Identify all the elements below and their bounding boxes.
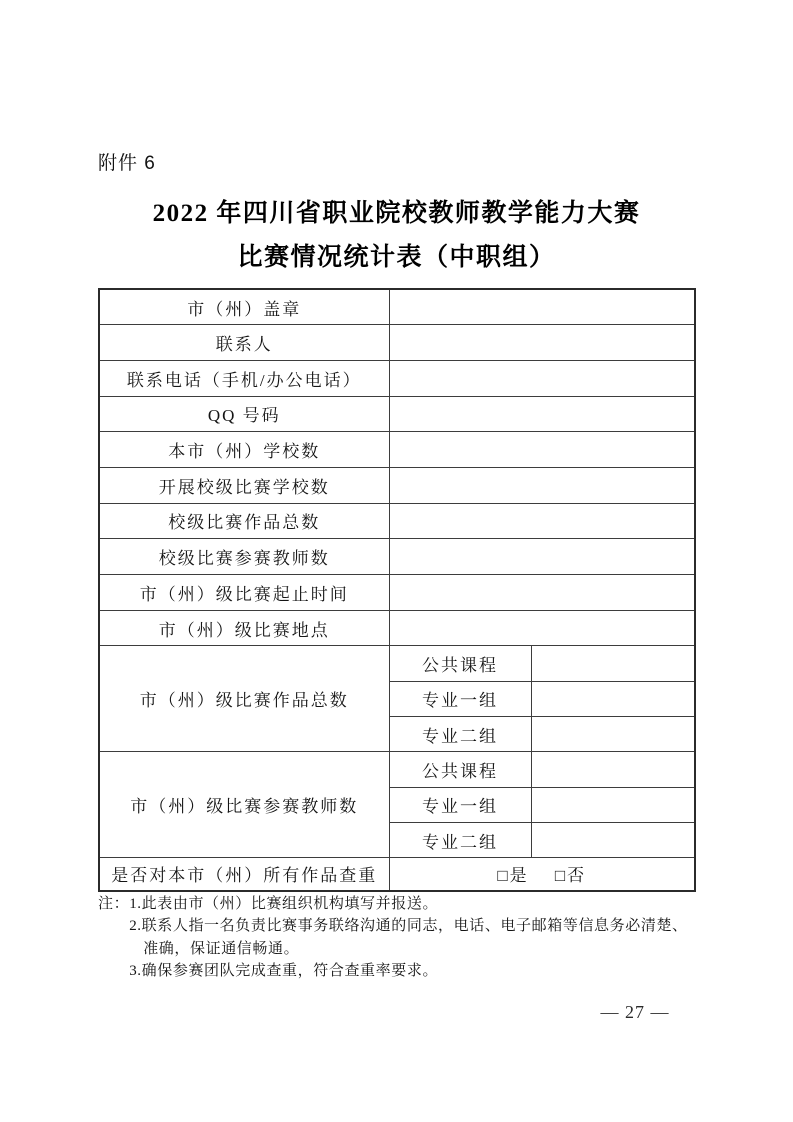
row-value-cell[interactable] [389, 575, 695, 611]
document-title: 2022 年四川省职业院校教师教学能力大赛 比赛情况统计表（中职组） [0, 192, 793, 280]
sub-row-value-cell[interactable] [531, 681, 695, 716]
note-item-3: 3.确保参赛团队完成查重，符合查重率要求。 [129, 960, 695, 982]
row-label: 本市（州）学校数 [99, 432, 389, 468]
table-row: 市（州）级比赛起止时间 [99, 575, 695, 611]
note-item-1: 1.此表由市（州）比赛组织机构填写并报送。 [129, 893, 695, 915]
row-value-cell[interactable] [389, 360, 695, 396]
table-row: 本市（州）学校数 [99, 432, 695, 468]
stats-table: 市（州）盖章 联系人 联系电话（手机/办公电话） QQ 号码 本市（州）学校数 … [98, 288, 696, 892]
group-row-label: 市（州）级比赛作品总数 [99, 646, 389, 752]
table-row: 市（州）盖章 [99, 289, 695, 325]
row-value-cell[interactable] [389, 503, 695, 539]
sub-row-value-cell[interactable] [531, 716, 695, 751]
note-item-2: 2.联系人指一名负责比赛事务联络沟通的同志，电话、电子邮箱等信息务必清楚、准确，… [129, 915, 695, 960]
row-label: 市（州）级比赛起止时间 [99, 575, 389, 611]
notes-section: 注： 1.此表由市（州）比赛组织机构填写并报送。 2.联系人指一名负责比赛事务联… [98, 893, 698, 982]
table-row: 联系电话（手机/办公电话） [99, 360, 695, 396]
row-value-cell[interactable] [389, 396, 695, 432]
table-row-group-works: 市（州）级比赛作品总数 公共课程 [99, 646, 695, 681]
row-label: 市（州）级比赛地点 [99, 610, 389, 646]
row-value-cell[interactable] [389, 432, 695, 468]
sub-row-value-cell[interactable] [531, 822, 695, 857]
table-row: 校级比赛参赛教师数 [99, 539, 695, 575]
table-row-duplicate-check: 是否对本市（州）所有作品查重 □是 □否 [99, 858, 695, 891]
title-line-1: 2022 年四川省职业院校教师教学能力大赛 [0, 192, 793, 236]
attachment-label: 附件 6 [98, 148, 156, 175]
notes-prefix: 注： [98, 893, 129, 915]
sub-row-value-cell[interactable] [531, 787, 695, 822]
sub-row-value-cell[interactable] [531, 752, 695, 787]
sub-row-value-cell[interactable] [531, 646, 695, 681]
row-value-cell[interactable] [389, 610, 695, 646]
table-row: 市（州）级比赛地点 [99, 610, 695, 646]
sub-row-label: 公共课程 [389, 646, 531, 681]
checkbox-yes[interactable]: □是 [497, 861, 528, 886]
row-label: 市（州）盖章 [99, 289, 389, 325]
sub-row-label: 公共课程 [389, 752, 531, 787]
notes-list: 1.此表由市（州）比赛组织机构填写并报送。 2.联系人指一名负责比赛事务联络沟通… [129, 893, 695, 982]
row-label: 校级比赛作品总数 [99, 503, 389, 539]
table-row: 联系人 [99, 325, 695, 361]
row-value-cell[interactable] [389, 289, 695, 325]
table-row-group-teachers: 市（州）级比赛参赛教师数 公共课程 [99, 752, 695, 787]
title-line-2: 比赛情况统计表（中职组） [0, 236, 793, 280]
table-row: 开展校级比赛学校数 [99, 467, 695, 503]
group-row-label: 市（州）级比赛参赛教师数 [99, 752, 389, 858]
document-page: 附件 6 2022 年四川省职业院校教师教学能力大赛 比赛情况统计表（中职组） … [0, 0, 793, 1122]
page-number: — 27 — [560, 1002, 710, 1023]
row-label: 校级比赛参赛教师数 [99, 539, 389, 575]
row-value-cell[interactable] [389, 467, 695, 503]
sub-row-label: 专业一组 [389, 681, 531, 716]
row-label: 联系人 [99, 325, 389, 361]
check-options-cell: □是 □否 [389, 858, 695, 891]
sub-row-label: 专业二组 [389, 822, 531, 857]
row-label: QQ 号码 [99, 396, 389, 432]
sub-row-label: 专业二组 [389, 716, 531, 751]
table-row: 校级比赛作品总数 [99, 503, 695, 539]
row-value-cell[interactable] [389, 325, 695, 361]
row-label: 联系电话（手机/办公电话） [99, 360, 389, 396]
row-value-cell[interactable] [389, 539, 695, 575]
row-label: 开展校级比赛学校数 [99, 467, 389, 503]
sub-row-label: 专业一组 [389, 787, 531, 822]
checkbox-no[interactable]: □否 [555, 861, 586, 886]
table-row: QQ 号码 [99, 396, 695, 432]
row-label: 是否对本市（州）所有作品查重 [99, 858, 389, 891]
